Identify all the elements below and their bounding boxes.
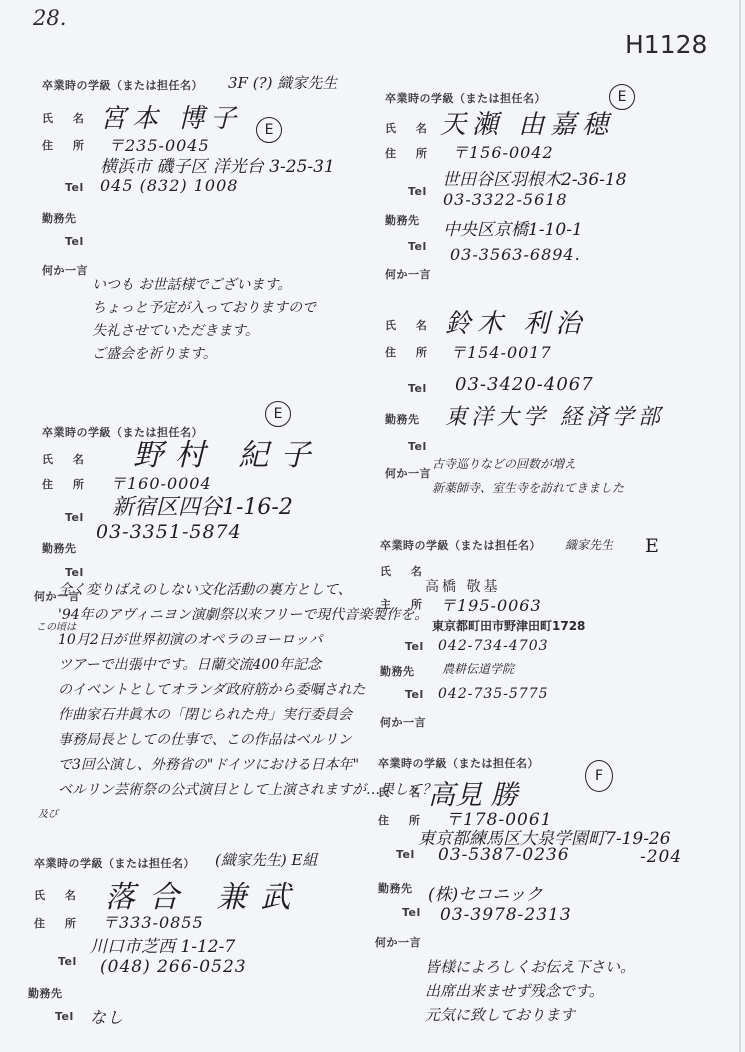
comment-value: 古寺巡りなどの回数が増え 新薬師寺、室生寺を訪れてきました (432, 452, 624, 500)
tel-label: Tel (408, 382, 427, 395)
class-mark: E (645, 535, 659, 557)
comment-value: いつも お世話様でございます。 ちょっと予定が入っておりますので 失礼させていた… (92, 274, 316, 366)
work-label: 勤務先 (378, 880, 413, 896)
work-value: 東洋大学 経済学部 (445, 400, 664, 431)
work-label: 勤務先 (42, 210, 77, 226)
page-number: 28. (33, 6, 66, 30)
class-label: 卒業時の学級（または担任名） (34, 855, 195, 871)
tel-label: Tel (65, 511, 84, 524)
tel-label: Tel (396, 848, 415, 861)
tel-label: Tel (405, 640, 424, 653)
work-value: 中央区京橋1-10-1 (443, 215, 583, 240)
comment-label: 何か一言 (42, 262, 88, 278)
work-tel-label: Tel (402, 906, 421, 919)
work-tel-value: 03-3563-6894. (450, 245, 581, 264)
tel-label: Tel (65, 181, 84, 194)
comment-value: 皆様によろしくお伝え下さい。 出席出来ませず残念です。 元気に致しております (425, 955, 635, 1027)
work-tel-label: Tel (55, 1010, 74, 1023)
work-label: 勤務先 (28, 985, 63, 1001)
name-label: 氏 名 (385, 120, 435, 136)
work-value: 農耕伝道学院 (442, 660, 514, 677)
work-tel-value: 03-3978-2313 (440, 905, 572, 925)
work-label: 勤務先 (380, 663, 415, 679)
class-note: 3F (?) 織家先生 (228, 72, 337, 93)
postal-code: 〒333-0855 (102, 910, 204, 933)
class-note: (織家先生) E組 (215, 849, 317, 870)
work-tel-label: Tel (65, 235, 84, 248)
name-value: 野村 紀子 (133, 430, 323, 474)
work-tel-label: Tel (405, 688, 424, 701)
work-value: (株)セコニック (428, 880, 543, 905)
class-mark-circle: E (256, 117, 282, 143)
tel-label: Tel (408, 185, 427, 198)
name-label: 氏 名 (34, 887, 84, 903)
work-tel-label: Tel (408, 240, 427, 253)
name-value: 天瀬 由嘉穂 (440, 104, 614, 141)
page-edge (739, 0, 741, 1052)
tel-value: 03-5387-0236 (438, 845, 570, 865)
address-value: 横浜市 磯子区 洋光台 3-25-31 (100, 152, 335, 177)
address-value: 世田谷区羽根木2-36-18 (442, 165, 627, 190)
tel-label: Tel (58, 955, 77, 968)
address-label: 住 所 (385, 145, 435, 161)
comment-label: 何か一言 (380, 714, 426, 730)
comment-label: 何か一言 (385, 465, 431, 481)
class-label: 卒業時の学級（または担任名） (378, 755, 539, 771)
address-label: 主 所 (380, 596, 430, 612)
work-tel-value: 042-735-5775 (438, 686, 549, 702)
name-value: 宮本 博子 (100, 98, 242, 135)
class-mark-circle: E (265, 401, 291, 427)
class-mark-circle: F (585, 760, 613, 792)
class-note: 織家先生 (565, 536, 613, 553)
name-value: 鈴木 利治 (445, 303, 587, 340)
postal-code: 〒154-0017 (450, 340, 552, 363)
work-tel-value: なし (90, 1005, 124, 1028)
postal-code: 〒195-0063 (440, 593, 542, 616)
name-label: 氏 名 (380, 563, 430, 579)
class-label: 卒業時の学級（または担任名） (380, 537, 541, 553)
address-line-2: -204 (640, 847, 682, 867)
work-label: 勤務先 (385, 212, 420, 228)
document-id: H1128 (625, 30, 707, 59)
tel-value: (048) 266-0523 (100, 957, 247, 977)
work-label: 勤務先 (42, 540, 77, 556)
comment-side-note: 及び (38, 805, 58, 820)
tel-value: 03-3322-5618 (443, 190, 568, 209)
comment-label: 何か一言 (385, 266, 431, 282)
comment-label: 何か一言 (375, 934, 421, 950)
tel-value: 042-734-4703 (438, 638, 549, 654)
address-label: 住 所 (42, 476, 92, 492)
name-label: 氏 名 (378, 784, 428, 800)
address-value: 新宿区四谷1-16-2 (112, 490, 293, 521)
tel-value: 03-3420-4067 (455, 374, 594, 395)
postal-code: 〒156-0042 (452, 140, 554, 163)
address-label: 住 所 (385, 344, 435, 360)
address-value: 東京都町田市野津田町1728 (432, 617, 585, 634)
name-label: 氏 名 (385, 317, 435, 333)
address-label: 住 所 (34, 915, 84, 931)
tel-value: 045 (832) 1008 (100, 176, 238, 195)
work-label: 勤務先 (385, 411, 420, 427)
tel-value: 03-3351-5874 (96, 521, 242, 543)
name-label: 氏 名 (42, 451, 92, 467)
work-tel-label: Tel (408, 440, 427, 453)
class-label: 卒業時の学級（または担任名） (42, 77, 203, 93)
name-label: 氏 名 (42, 110, 92, 126)
address-label: 住 所 (42, 137, 92, 153)
address-value: 川口市芝西 1-12-7 (90, 932, 235, 957)
